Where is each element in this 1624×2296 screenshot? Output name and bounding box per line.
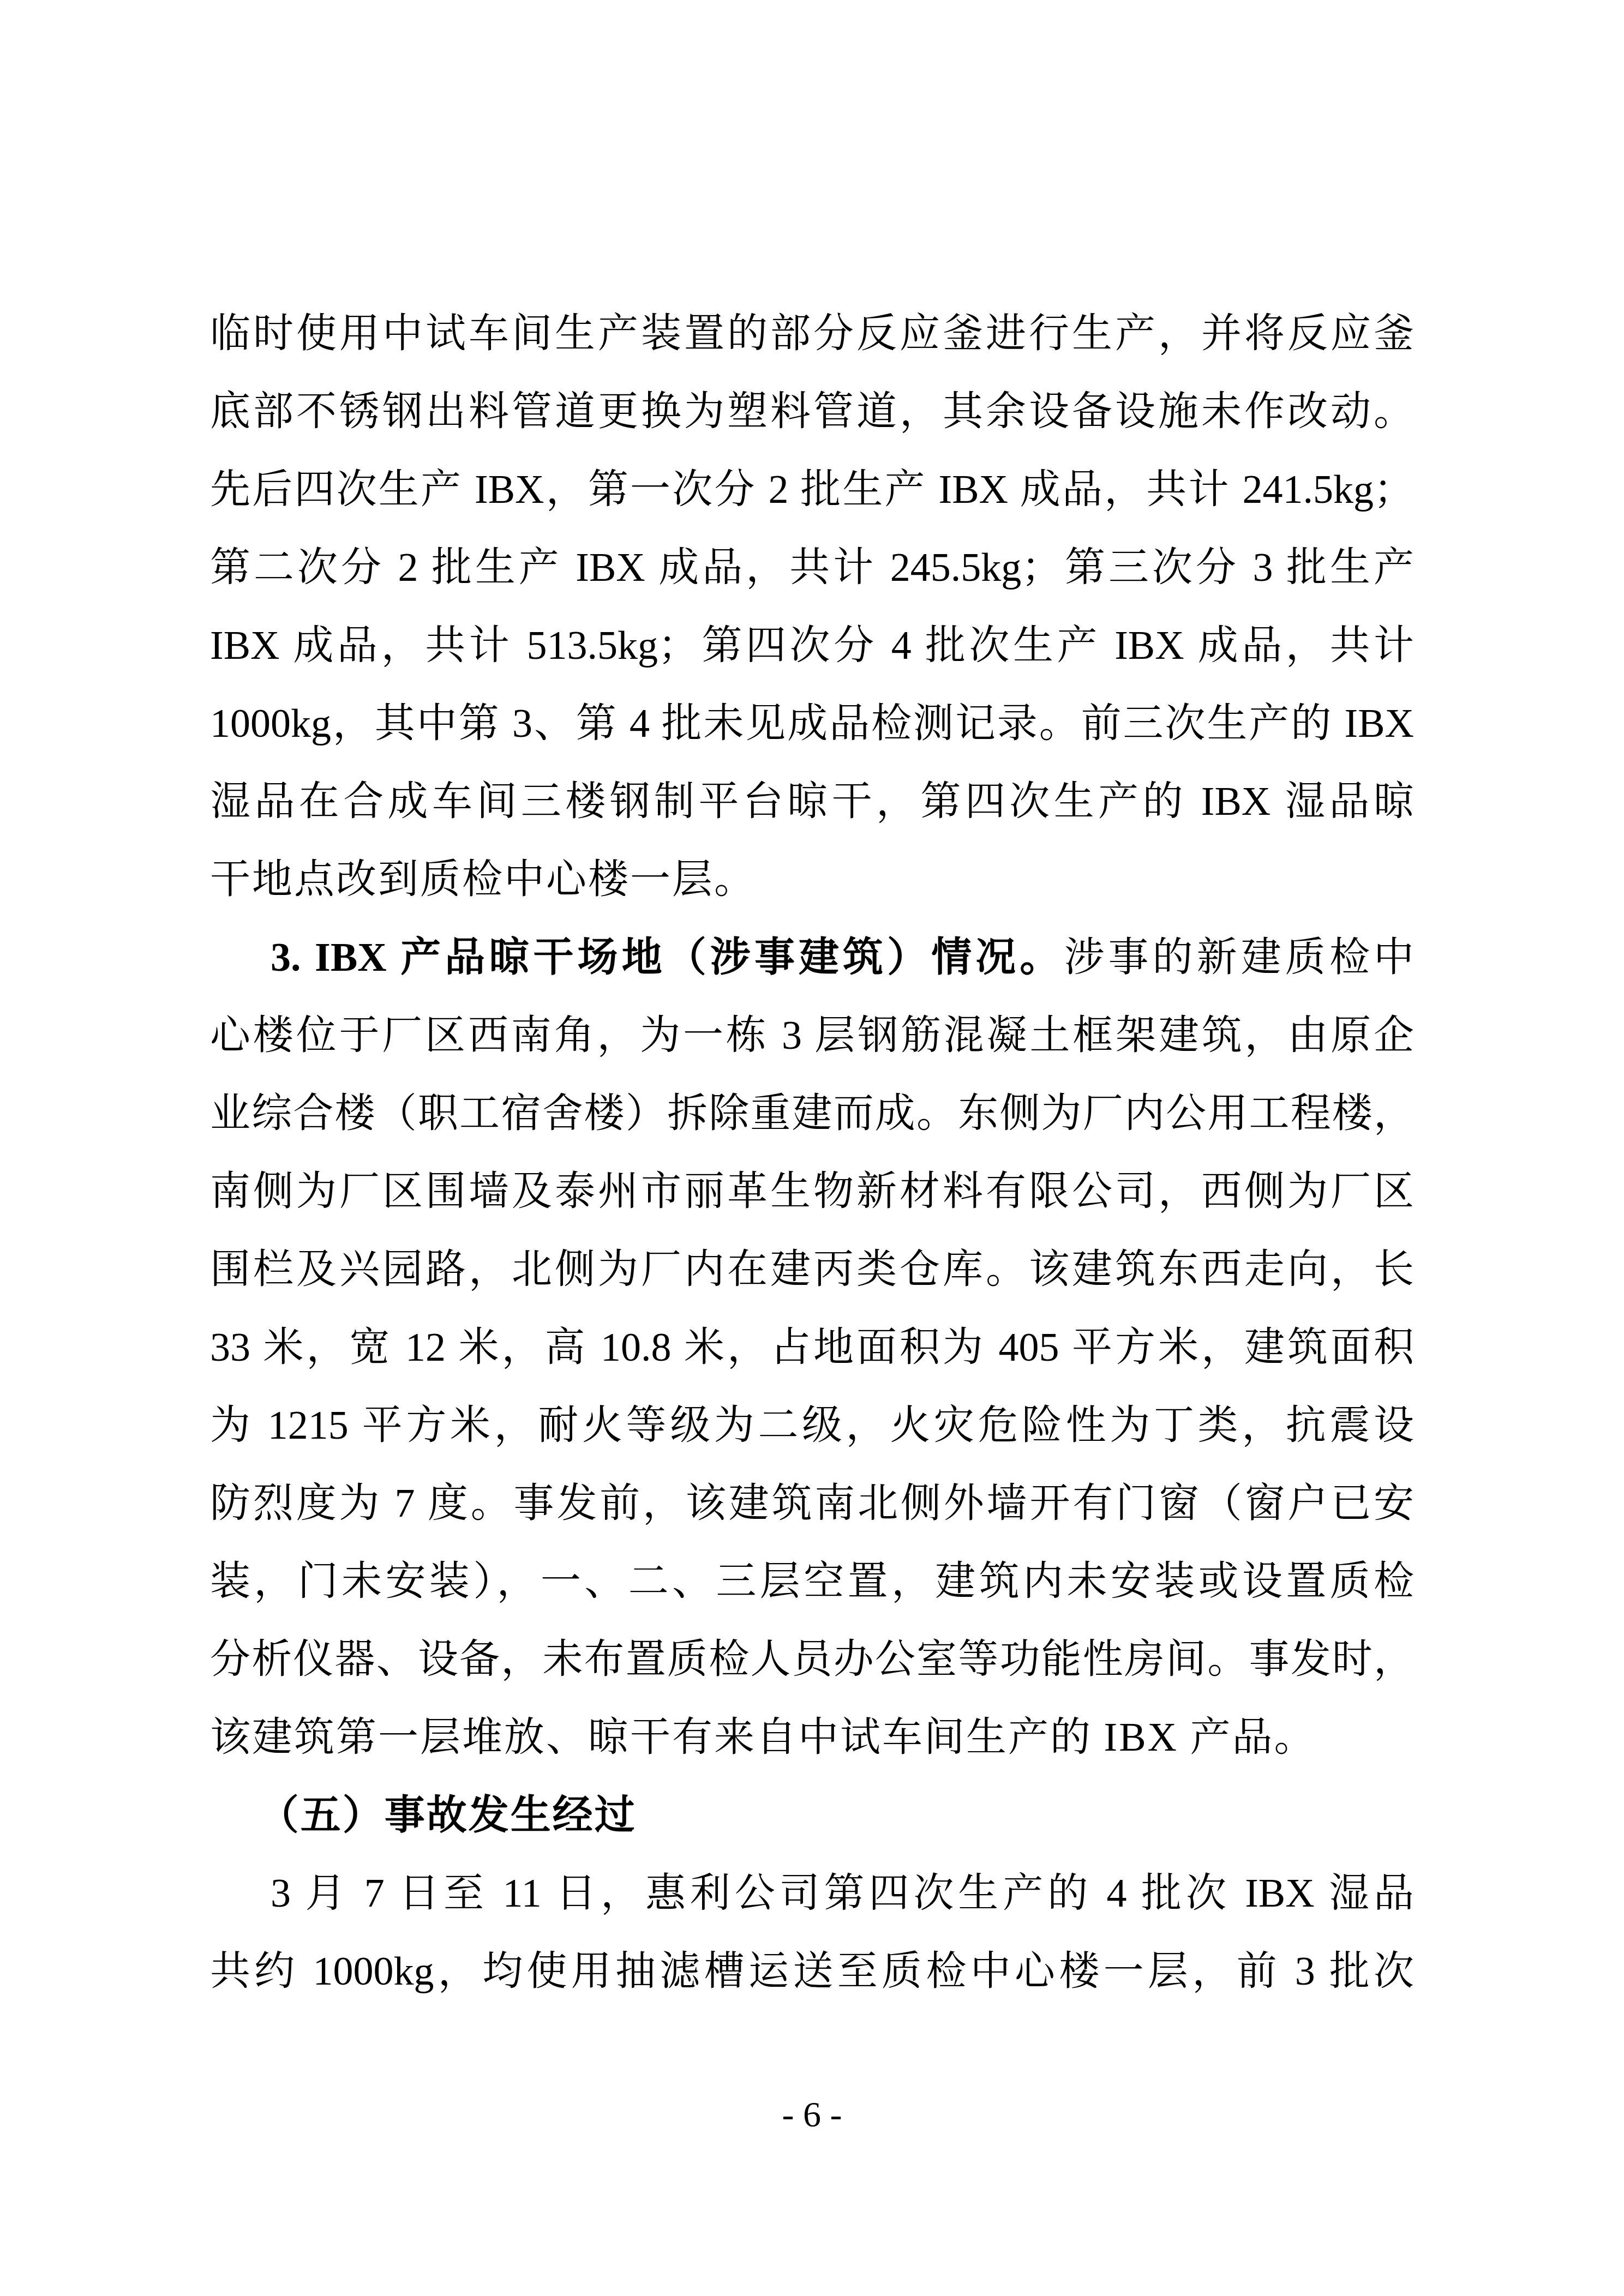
section-5-heading: （五）事故发生经过 bbox=[210, 1777, 1414, 1855]
paragraph-line: 3 月 7 日至 11 日，惠利公司第四次生产的 4 批次 IBX 湿品 bbox=[210, 1855, 1414, 1933]
paragraph-line: 业综合楼（职工宿舍楼）拆除重建而成。东侧为厂内公用工程楼， bbox=[210, 1075, 1414, 1153]
paragraph-line: 先后四次生产 IBX，第一次分 2 批生产 IBX 成品，共计 241.5kg； bbox=[210, 451, 1414, 529]
paragraph-line: 防烈度为 7 度。事发前，该建筑南北侧外墙开有门窗（窗户已安 bbox=[210, 1465, 1414, 1543]
paragraph-line: 装，门未安装），一、二、三层空置，建筑内未安装或设置质检 bbox=[210, 1543, 1414, 1621]
paragraph-line: 共约 1000kg，均使用抽滤槽运送至质检中心楼一层，前 3 批次 bbox=[210, 1933, 1414, 2011]
section-3-title: 3. IBX 产品晾干场地（涉事建筑）情况。 bbox=[271, 935, 1064, 980]
paragraph-line: 南侧为厂区围墙及泰州市丽革生物新材料有限公司，西侧为厂区 bbox=[210, 1153, 1414, 1231]
paragraph-line: 为 1215 平方米，耐火等级为二级，火灾危险性为丁类，抗震设 bbox=[210, 1387, 1414, 1465]
body-text: 临时使用中试车间生产装置的部分反应釜进行生产，并将反应釜 底部不锈钢出料管道更换… bbox=[210, 295, 1414, 2011]
paragraph-line: 1000kg，其中第 3、第 4 批未见成品检测记录。前三次生产的 IBX bbox=[210, 685, 1414, 763]
paragraph-text: 涉事的新建质检中 bbox=[1064, 935, 1414, 980]
paragraph-line: IBX 成品，共计 513.5kg；第四次分 4 批次生产 IBX 成品，共计 bbox=[210, 607, 1414, 685]
paragraph-line: 底部不锈钢出料管道更换为塑料管道，其余设备设施未作改动。 bbox=[210, 373, 1414, 451]
paragraph-line: 分析仪器、设备，未布置质检人员办公室等功能性房间。事发时， bbox=[210, 1621, 1414, 1699]
paragraph-line: 该建筑第一层堆放、晾干有来自中试车间生产的 IBX 产品。 bbox=[210, 1699, 1414, 1777]
paragraph-line: 心楼位于厂区西南角，为一栋 3 层钢筋混凝土框架建筑，由原企 bbox=[210, 997, 1414, 1075]
paragraph-line: 围栏及兴园路，北侧为厂内在建丙类仓库。该建筑东西走向，长 bbox=[210, 1231, 1414, 1309]
paragraph-line: 第二次分 2 批生产 IBX 成品，共计 245.5kg；第三次分 3 批生产 bbox=[210, 529, 1414, 607]
paragraph-line: 湿品在合成车间三楼钢制平台晾干，第四次生产的 IBX 湿品晾 bbox=[210, 763, 1414, 841]
page-number: - 6 - bbox=[0, 2094, 1624, 2136]
paragraph-line: 临时使用中试车间生产装置的部分反应釜进行生产，并将反应釜 bbox=[210, 295, 1414, 373]
section-3-lead-line: 3. IBX 产品晾干场地（涉事建筑）情况。涉事的新建质检中 bbox=[210, 919, 1414, 997]
document-page: 临时使用中试车间生产装置的部分反应釜进行生产，并将反应釜 底部不锈钢出料管道更换… bbox=[0, 0, 1624, 2296]
paragraph-line: 干地点改到质检中心楼一层。 bbox=[210, 841, 1414, 919]
paragraph-line: 33 米，宽 12 米，高 10.8 米，占地面积为 405 平方米，建筑面积 bbox=[210, 1309, 1414, 1387]
